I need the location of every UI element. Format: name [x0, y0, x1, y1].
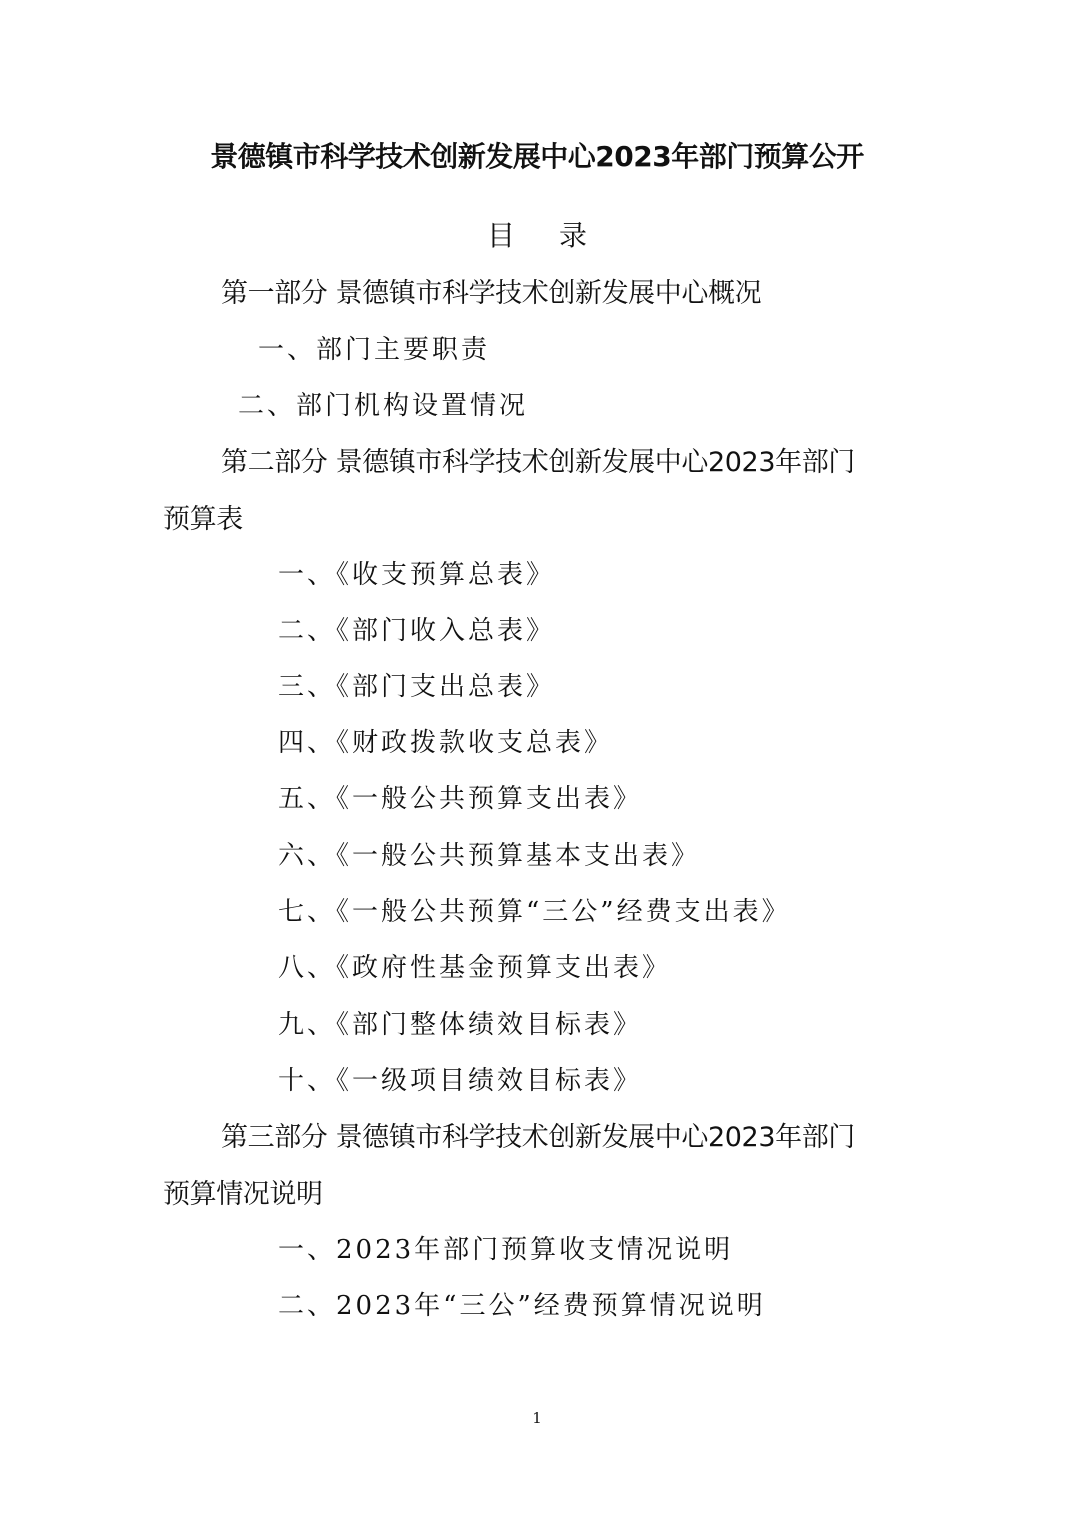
- section-2-heading-line1: 第二部分 景德镇市科学技术创新发展中心2023年部门: [221, 449, 855, 476]
- section-2-heading-line2: 预算表: [163, 506, 243, 533]
- section-2-item-1: 一、《收支预算总表》: [278, 562, 555, 588]
- section-2-item-2: 二、《部门收入总表》: [278, 618, 555, 644]
- page-number: 1: [0, 1411, 1074, 1426]
- section-1-item-2: 二、部门机构设置情况: [238, 393, 528, 419]
- section-3-item-1: 一、2023年部门预算收支情况说明: [278, 1237, 733, 1263]
- section-3-item-2: 二、2023年“三公”经费预算情况说明: [278, 1293, 766, 1319]
- section-2-item-10: 十、《一级项目绩效目标表》: [278, 1068, 642, 1094]
- section-2-item-5: 五、《一般公共预算支出表》: [278, 786, 642, 812]
- section-3-heading-line2: 预算情况说明: [163, 1181, 323, 1208]
- document-page: 景德镇市科学技术创新发展中心2023年部门预算公开 目录 第一部分 景德镇市科学…: [0, 0, 1074, 1520]
- section-2-item-8: 八、《政府性基金预算支出表》: [278, 955, 671, 981]
- toc-heading-char-1: 目: [487, 219, 515, 252]
- section-2-item-4: 四、《财政拨款收支总表》: [278, 730, 613, 756]
- section-2-item-6: 六、《一般公共预算基本支出表》: [278, 843, 700, 869]
- section-2-item-9: 九、《部门整体绩效目标表》: [278, 1012, 642, 1038]
- section-1-heading: 第一部分 景德镇市科学技术创新发展中心概况: [221, 280, 761, 307]
- section-2-item-3: 三、《部门支出总表》: [278, 674, 555, 700]
- toc-heading-char-2: 录: [559, 219, 587, 252]
- toc-heading: 目录: [0, 222, 1074, 250]
- section-2-item-7: 七、《一般公共预算“三公”经费支出表》: [278, 899, 791, 925]
- document-title: 景德镇市科学技术创新发展中心2023年部门预算公开: [0, 143, 1074, 171]
- section-3-heading-line1: 第三部分 景德镇市科学技术创新发展中心2023年部门: [221, 1124, 855, 1151]
- section-1-item-1: 一、部门主要职责: [258, 337, 490, 363]
